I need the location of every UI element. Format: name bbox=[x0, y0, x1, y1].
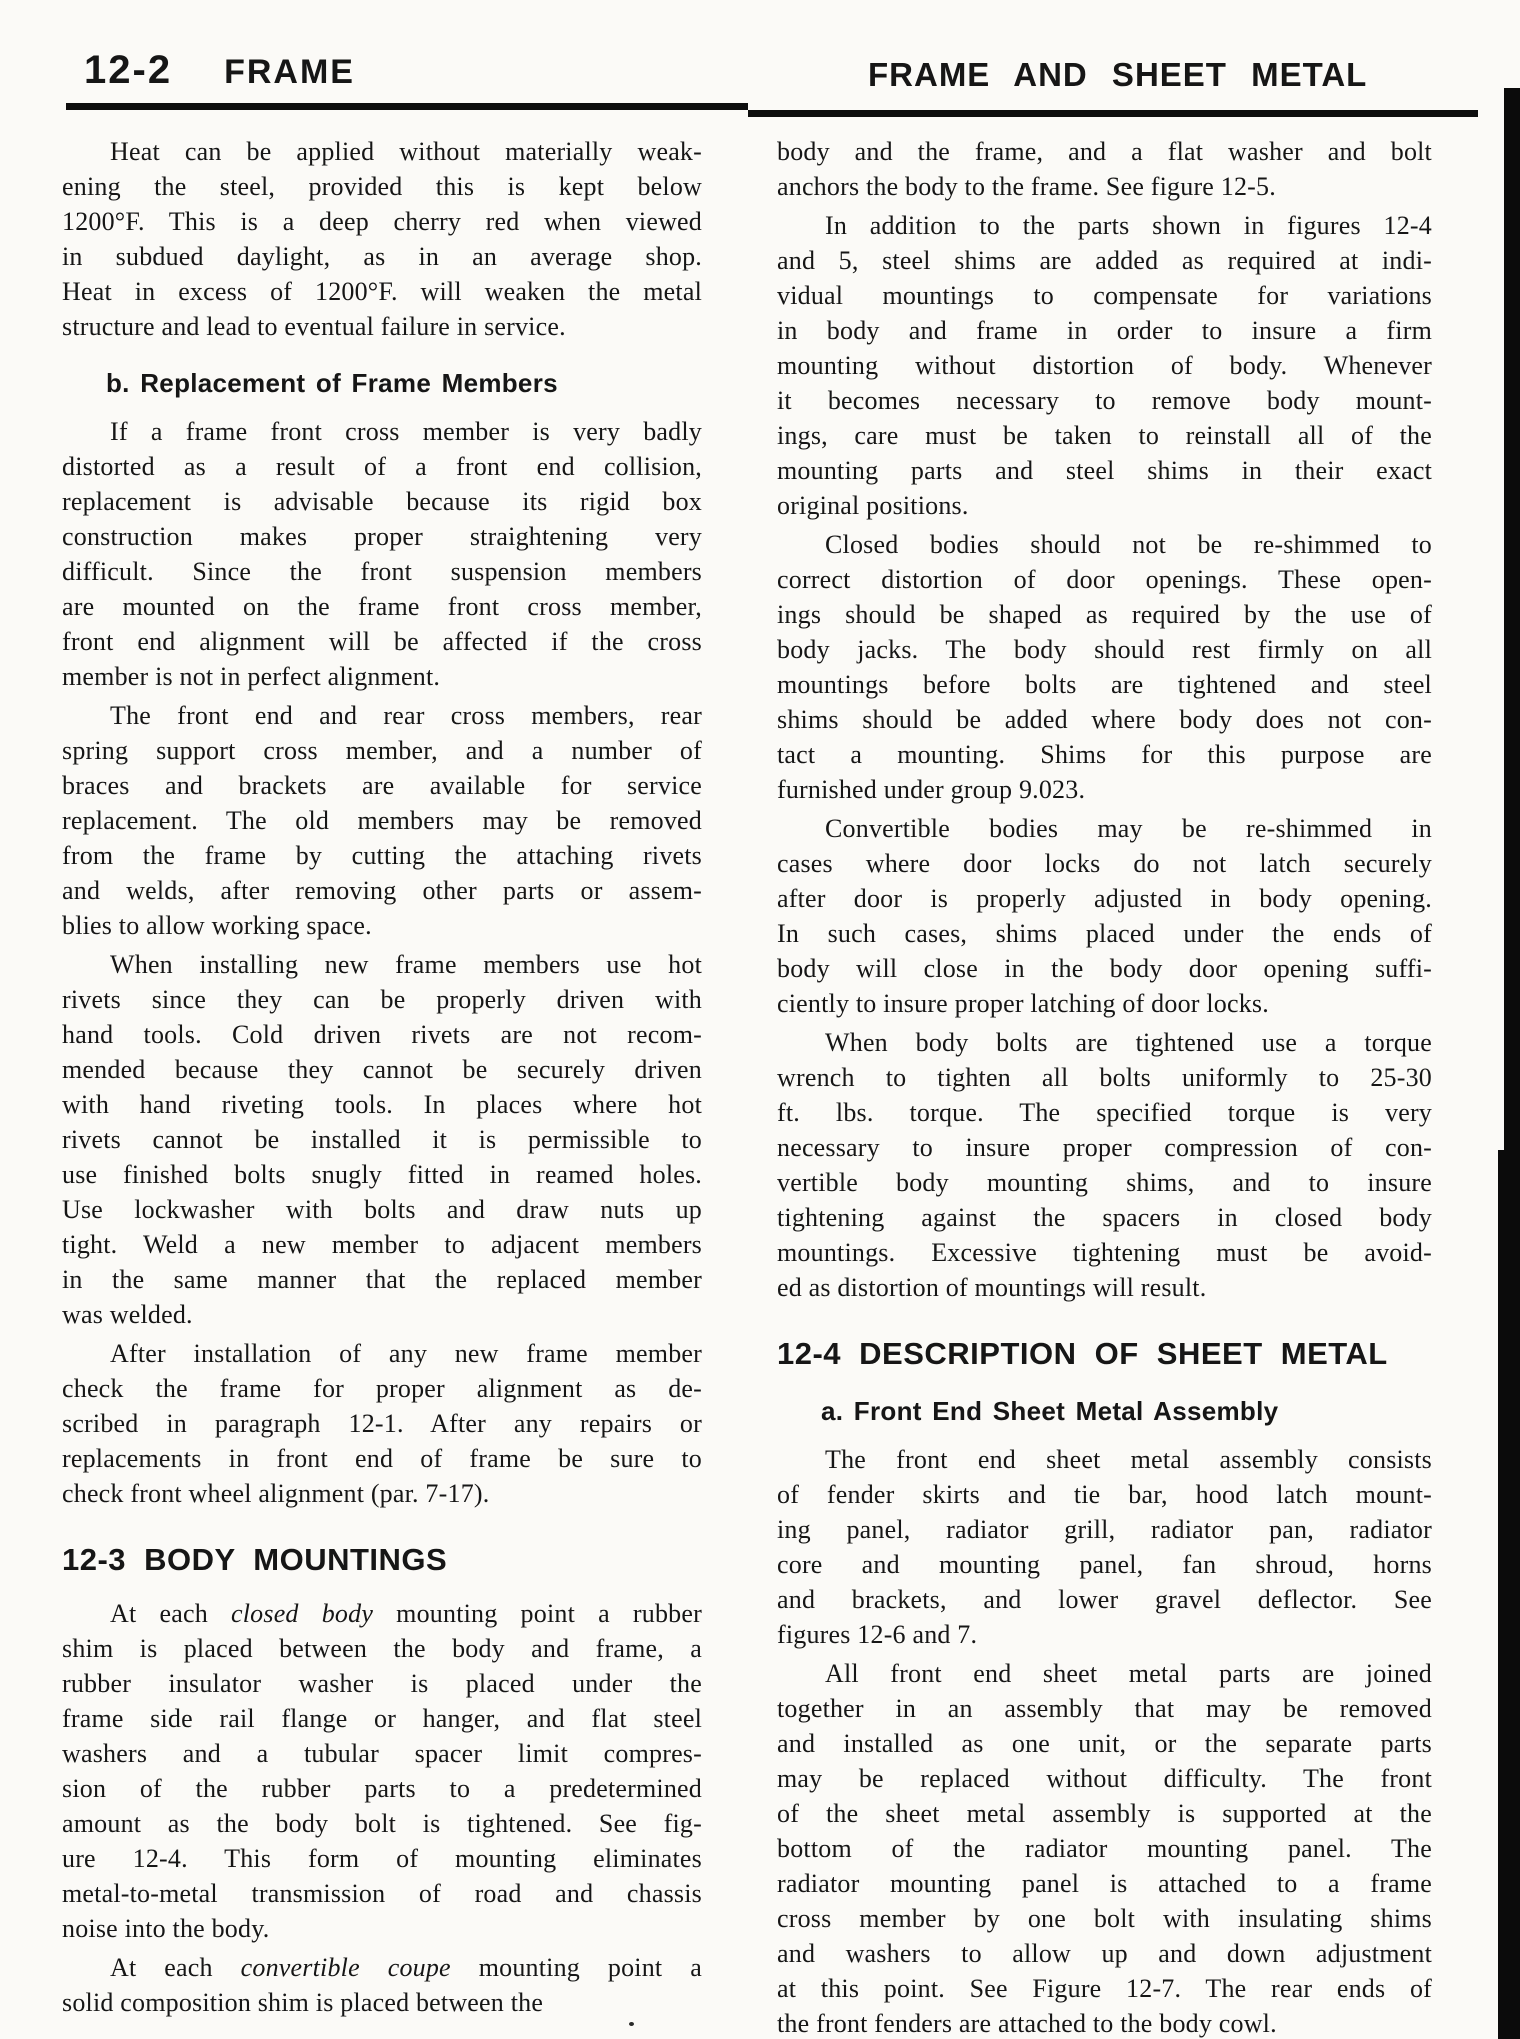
text-line: After installation of any new frame memb… bbox=[62, 1336, 702, 1371]
running-head-left: 12-2 FRAME bbox=[84, 48, 355, 93]
text-line: check front wheel alignment (par. 7-17). bbox=[62, 1476, 702, 1511]
text-line: body will close in the body door opening… bbox=[777, 951, 1432, 986]
text-line: tact a mounting. Shims for this purpose … bbox=[777, 737, 1432, 772]
text-line: mountings. Excessive tightening must be … bbox=[777, 1235, 1432, 1270]
scan-speck-artifact bbox=[629, 2022, 634, 2026]
text-line: mended because they cannot be securely d… bbox=[62, 1052, 702, 1087]
text-line: original positions. bbox=[777, 488, 1432, 523]
text-line: spring support cross member, and a numbe… bbox=[62, 733, 702, 768]
text-line: are mounted on the frame front cross mem… bbox=[62, 589, 702, 624]
text-line: ed as distortion of mountings will resul… bbox=[777, 1270, 1432, 1305]
text-line: replacement. The old members may be remo… bbox=[62, 803, 702, 838]
text-line: ings should be shaped as required by the… bbox=[777, 597, 1432, 632]
text-line: Convertible bodies may be re-shimmed in bbox=[777, 811, 1432, 846]
text-line: ft. lbs. torque. The specified torque is… bbox=[777, 1095, 1432, 1130]
text-line: If a frame front cross member is very ba… bbox=[62, 414, 702, 449]
text-line: hand tools. Cold driven rivets are not r… bbox=[62, 1017, 702, 1052]
text-line: shims should be added where body does no… bbox=[777, 702, 1432, 737]
text-line: When installing new frame members use ho… bbox=[62, 947, 702, 982]
text-line: ings, care must be taken to reinstall al… bbox=[777, 418, 1432, 453]
text-line: together in an assembly that may be remo… bbox=[777, 1691, 1432, 1726]
text-line: At each closed body mounting point a rub… bbox=[62, 1596, 702, 1631]
text-line: solid composition shim is placed between… bbox=[62, 1985, 702, 2020]
text-line: difficult. Since the front suspension me… bbox=[62, 554, 702, 589]
running-head-section-title: FRAME bbox=[224, 53, 355, 92]
text-line: member is not in perfect alignment. bbox=[62, 659, 702, 694]
text-line: Heat in excess of 1200°F. will weaken th… bbox=[62, 274, 702, 309]
paragraph: At each closed body mounting point a rub… bbox=[62, 1596, 702, 1946]
text-line: ing panel, radiator grill, radiator pan,… bbox=[777, 1512, 1432, 1547]
subsection-heading: a. Front End Sheet Metal Assembly bbox=[821, 1396, 1432, 1427]
text-line: mounting without distortion of body. Whe… bbox=[777, 348, 1432, 383]
text-line: distorted as a result of a front end col… bbox=[62, 449, 702, 484]
text-line: correct distortion of door openings. The… bbox=[777, 562, 1432, 597]
text-line: mounting parts and steel shims in their … bbox=[777, 453, 1432, 488]
text-line: cross member by one bolt with insulating… bbox=[777, 1901, 1432, 1936]
text-line: noise into the body. bbox=[62, 1911, 702, 1946]
text-line: In such cases, shims placed under the en… bbox=[777, 916, 1432, 951]
text-line: metal-to-metal transmission of road and … bbox=[62, 1876, 702, 1911]
text-line: from the frame by cutting the attaching … bbox=[62, 838, 702, 873]
paragraph: Closed bodies should not be re-shimmed t… bbox=[777, 527, 1432, 807]
text-line: and installed as one unit, or the separa… bbox=[777, 1726, 1432, 1761]
text-line: frame side rail flange or hanger, and fl… bbox=[62, 1701, 702, 1736]
section-heading: 12-3 BODY MOUNTINGS bbox=[62, 1541, 702, 1578]
text-line: 1200°F. This is a deep cherry red when v… bbox=[62, 204, 702, 239]
text-line: structure and lead to eventual failure i… bbox=[62, 309, 702, 344]
text-line: construction makes proper straightening … bbox=[62, 519, 702, 554]
text-line: ening the steel, provided this is kept b… bbox=[62, 169, 702, 204]
text-line: it becomes necessary to remove body moun… bbox=[777, 383, 1432, 418]
text-line: of fender skirts and tie bar, hood latch… bbox=[777, 1477, 1432, 1512]
text-line: core and mounting panel, fan shroud, hor… bbox=[777, 1547, 1432, 1582]
text-line: body jacks. The body should rest firmly … bbox=[777, 632, 1432, 667]
text-line: furnished under group 9.023. bbox=[777, 772, 1432, 807]
text-line: anchors the body to the frame. See figur… bbox=[777, 169, 1432, 204]
text-line: may be replaced without difficulty. The … bbox=[777, 1761, 1432, 1796]
text-line: mountings before bolts are tightened and… bbox=[777, 667, 1432, 702]
text-line: in body and frame in order to insure a f… bbox=[777, 313, 1432, 348]
text-line: bottom of the radiator mounting panel. T… bbox=[777, 1831, 1432, 1866]
text-line: All front end sheet metal parts are join… bbox=[777, 1656, 1432, 1691]
text-line: in subdued daylight, as in an average sh… bbox=[62, 239, 702, 274]
text-line: front end alignment will be affected if … bbox=[62, 624, 702, 659]
text-line: rivets cannot be installed it is permiss… bbox=[62, 1122, 702, 1157]
text-line: with hand riveting tools. In places wher… bbox=[62, 1087, 702, 1122]
text-line: The front end and rear cross members, re… bbox=[62, 698, 702, 733]
text-line: wrench to tighten all bolts uniformly to… bbox=[777, 1060, 1432, 1095]
text-line: sion of the rubber parts to a predetermi… bbox=[62, 1771, 702, 1806]
paragraph: In addition to the parts shown in figure… bbox=[777, 208, 1432, 523]
paragraph: All front end sheet metal parts are join… bbox=[777, 1656, 1432, 2039]
paragraph: If a frame front cross member is very ba… bbox=[62, 414, 702, 694]
section-heading: 12-4 DESCRIPTION OF SHEET METAL bbox=[777, 1335, 1432, 1372]
text-line: replacements in front end of frame be su… bbox=[62, 1441, 702, 1476]
text-line: the front fenders are attached to the bo… bbox=[777, 2006, 1432, 2039]
text-line: ciently to insure proper latching of doo… bbox=[777, 986, 1432, 1021]
text-line: figures 12-6 and 7. bbox=[777, 1617, 1432, 1652]
text-line: rivets since they can be properly driven… bbox=[62, 982, 702, 1017]
text-line: Closed bodies should not be re-shimmed t… bbox=[777, 527, 1432, 562]
text-line: rubber insulator washer is placed under … bbox=[62, 1666, 702, 1701]
text-line: The front end sheet metal assembly consi… bbox=[777, 1442, 1432, 1477]
right-column: body and the frame, and a flat washer an… bbox=[777, 134, 1432, 2039]
text-line: shim is placed between the body and fram… bbox=[62, 1631, 702, 1666]
text-line: after door is properly adjusted in body … bbox=[777, 881, 1432, 916]
text-line: braces and brackets are available for se… bbox=[62, 768, 702, 803]
paragraph: At each convertible coupe mounting point… bbox=[62, 1950, 702, 2020]
text-line: at this point. See Figure 12-7. The rear… bbox=[777, 1971, 1432, 2006]
text-line: was welded. bbox=[62, 1297, 702, 1332]
text-line: ure 12-4. This form of mounting eliminat… bbox=[62, 1841, 702, 1876]
text-line: vidual mountings to compensate for varia… bbox=[777, 278, 1432, 313]
text-line: replacement is advisable because its rig… bbox=[62, 484, 702, 519]
text-line: cases where door locks do not latch secu… bbox=[777, 846, 1432, 881]
page-number: 12-2 bbox=[84, 48, 172, 93]
text-line: of the sheet metal assembly is supported… bbox=[777, 1796, 1432, 1831]
running-head-chapter-title: FRAME AND SHEET METAL bbox=[868, 56, 1367, 94]
text-line: In addition to the parts shown in figure… bbox=[777, 208, 1432, 243]
text-line: necessary to insure proper compression o… bbox=[777, 1130, 1432, 1165]
paragraph: The front end sheet metal assembly consi… bbox=[777, 1442, 1432, 1652]
text-line: and brackets, and lower gravel deflector… bbox=[777, 1582, 1432, 1617]
text-line: When body bolts are tightened use a torq… bbox=[777, 1025, 1432, 1060]
subsection-heading: b. Replacement of Frame Members bbox=[106, 368, 702, 399]
text-line: and 5, steel shims are added as required… bbox=[777, 243, 1432, 278]
text-line: blies to allow working space. bbox=[62, 908, 702, 943]
manual-page: 12-2 FRAME FRAME AND SHEET METAL Heat ca… bbox=[0, 0, 1520, 2039]
scan-edge-artifact-lower bbox=[1498, 1150, 1520, 2039]
text-line: in the same manner that the replaced mem… bbox=[62, 1262, 702, 1297]
paragraph: After installation of any new frame memb… bbox=[62, 1336, 702, 1511]
paragraph: When installing new frame members use ho… bbox=[62, 947, 702, 1332]
text-line: Use lockwasher with bolts and draw nuts … bbox=[62, 1192, 702, 1227]
paragraph: When body bolts are tightened use a torq… bbox=[777, 1025, 1432, 1305]
text-line: use finished bolts snugly fitted in ream… bbox=[62, 1157, 702, 1192]
text-line: amount as the body bolt is tightened. Se… bbox=[62, 1806, 702, 1841]
header-rule-right bbox=[748, 110, 1478, 117]
text-line: check the frame for proper alignment as … bbox=[62, 1371, 702, 1406]
text-line: vertible body mounting shims, and to ins… bbox=[777, 1165, 1432, 1200]
paragraph: Convertible bodies may be re-shimmed inc… bbox=[777, 811, 1432, 1021]
paragraph: The front end and rear cross members, re… bbox=[62, 698, 702, 943]
text-line: washers and a tubular spacer limit compr… bbox=[62, 1736, 702, 1771]
text-line: Heat can be applied without materially w… bbox=[62, 134, 702, 169]
header-rule-left bbox=[66, 103, 748, 110]
text-line: scribed in paragraph 12-1. After any rep… bbox=[62, 1406, 702, 1441]
text-line: radiator mounting panel is attached to a… bbox=[777, 1866, 1432, 1901]
paragraph: body and the frame, and a flat washer an… bbox=[777, 134, 1432, 204]
text-line: At each convertible coupe mounting point… bbox=[62, 1950, 702, 1985]
paragraph: Heat can be applied without materially w… bbox=[62, 134, 702, 344]
text-line: tightening against the spacers in closed… bbox=[777, 1200, 1432, 1235]
text-line: body and the frame, and a flat washer an… bbox=[777, 134, 1432, 169]
text-line: and washers to allow up and down adjustm… bbox=[777, 1936, 1432, 1971]
text-line: and welds, after removing other parts or… bbox=[62, 873, 702, 908]
text-line: tight. Weld a new member to adjacent mem… bbox=[62, 1227, 702, 1262]
left-column: Heat can be applied without materially w… bbox=[62, 134, 702, 2024]
